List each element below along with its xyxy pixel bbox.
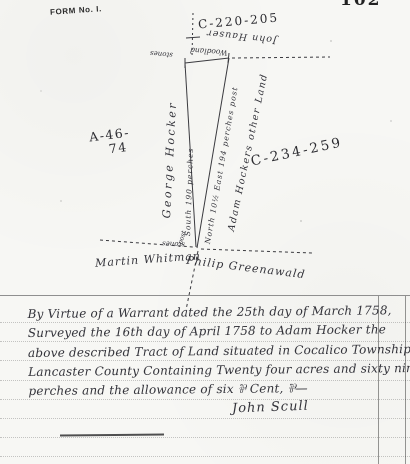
bottom-dashed-right <box>201 249 312 253</box>
ledger-rule <box>0 437 410 438</box>
corner-stones-bottom: stones <box>162 239 185 248</box>
survey-ref-left: A-46- 74 <box>88 126 132 159</box>
scanned-survey-document: FORM No. I. 102 C-220-205 John Hauser Wo… <box>0 0 410 464</box>
scan-specks <box>0 0 2 2</box>
section-divider-line <box>0 295 410 296</box>
deed-line: perches and the allowance of six ⅌ Cent,… <box>28 378 410 401</box>
top-boundary-line <box>185 58 229 63</box>
ledger-rule <box>0 456 410 457</box>
ledger-rule <box>0 418 410 419</box>
surveyor-signature: John Scull <box>232 399 309 417</box>
deed-text-block: By Virtue of a Warrant dated the 25th da… <box>28 301 410 402</box>
top-dashed-extension <box>232 57 330 58</box>
